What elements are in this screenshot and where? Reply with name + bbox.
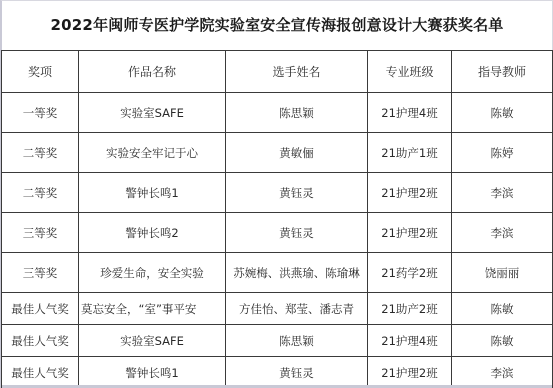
cell-award: 最佳人气奖 xyxy=(2,357,79,388)
cell-students: 黄钰灵 xyxy=(226,213,368,253)
cell-advisor: 李滨 xyxy=(452,357,553,388)
cell-advisor: 陈敏 xyxy=(452,293,553,325)
cell-students: 苏婉梅、洪燕瑜、陈瑜琳 xyxy=(226,253,368,293)
cell-award: 二等奖 xyxy=(2,173,79,213)
cell-advisor: 李滨 xyxy=(452,173,553,213)
table-header-row: 奖项 作品名称 选手姓名 专业班级 指导教师 xyxy=(2,51,553,93)
cell-award: 三等奖 xyxy=(2,253,79,293)
cell-work: 实验安全牢记于心 xyxy=(79,133,226,173)
table-row: 最佳人气奖 实验室SAFE 陈思颖 21护理4班 陈敏 xyxy=(2,325,553,357)
cell-students: 黄钰灵 xyxy=(226,173,368,213)
cell-students: 方佳怡、郑莹、潘志青 xyxy=(226,293,368,325)
header-award: 奖项 xyxy=(2,51,79,93)
cell-award: 最佳人气奖 xyxy=(2,325,79,357)
table-row: 三等奖 警钟长鸣2 黄钰灵 21护理2班 李滨 xyxy=(2,213,553,253)
cell-award: 三等奖 xyxy=(2,213,79,253)
header-advisor: 指导教师 xyxy=(452,51,553,93)
cell-work: 警钟长鸣2 xyxy=(79,213,226,253)
document-title: 2022年闽师专医护学院实验室安全宣传海报创意设计大赛获奖名单 xyxy=(2,1,552,50)
table-row: 二等奖 警钟长鸣1 黄钰灵 21护理2班 李滨 xyxy=(2,173,553,213)
award-table: 奖项 作品名称 选手姓名 专业班级 指导教师 一等奖 实验室SAFE 陈思颖 2… xyxy=(1,50,553,388)
cell-class: 21护理2班 xyxy=(368,173,452,213)
table-row: 一等奖 实验室SAFE 陈思颖 21护理4班 陈敏 xyxy=(2,93,553,133)
cell-work: 实验室SAFE xyxy=(79,325,226,357)
cell-class: 21护理2班 xyxy=(368,213,452,253)
cell-class: 21助产1班 xyxy=(368,133,452,173)
header-class: 专业班级 xyxy=(368,51,452,93)
table-row: 二等奖 实验安全牢记于心 黄敏俪 21助产1班 陈婷 xyxy=(2,133,553,173)
cell-students: 陈思颖 xyxy=(226,325,368,357)
cell-class: 21护理4班 xyxy=(368,93,452,133)
cell-advisor: 陈婷 xyxy=(452,133,553,173)
cell-class: 21护理4班 xyxy=(368,325,452,357)
cell-advisor: 饶丽丽 xyxy=(452,253,553,293)
cell-class: 21助产2班 xyxy=(368,293,452,325)
header-work-title: 作品名称 xyxy=(79,51,226,93)
cell-class: 21药学2班 xyxy=(368,253,452,293)
cell-advisor: 陈敏 xyxy=(452,325,553,357)
cell-advisor: 陈敏 xyxy=(452,93,553,133)
award-list-document: 2022年闽师专医护学院实验室安全宣传海报创意设计大赛获奖名单 奖项 作品名称 … xyxy=(0,0,553,388)
cell-work: 莫忘安全，“室”事平安 xyxy=(79,293,226,325)
table-row: 最佳人气奖 莫忘安全，“室”事平安 方佳怡、郑莹、潘志青 21助产2班 陈敏 xyxy=(2,293,553,325)
cell-award: 最佳人气奖 xyxy=(2,293,79,325)
cell-class: 21护理2班 xyxy=(368,357,452,388)
cell-students: 陈思颖 xyxy=(226,93,368,133)
cell-work: 实验室SAFE xyxy=(79,93,226,133)
table-row: 三等奖 珍爱生命，安全实验 苏婉梅、洪燕瑜、陈瑜琳 21药学2班 饶丽丽 xyxy=(2,253,553,293)
cell-work: 警钟长鸣1 xyxy=(79,357,226,388)
cell-students: 黄敏俪 xyxy=(226,133,368,173)
cell-work: 珍爱生命，安全实验 xyxy=(79,253,226,293)
cell-award: 二等奖 xyxy=(2,133,79,173)
header-student-name: 选手姓名 xyxy=(226,51,368,93)
table-row: 最佳人气奖 警钟长鸣1 黄钰灵 21护理2班 李滨 xyxy=(2,357,553,388)
cell-award: 一等奖 xyxy=(2,93,79,133)
cell-work: 警钟长鸣1 xyxy=(79,173,226,213)
cell-advisor: 李滨 xyxy=(452,213,553,253)
cell-students: 黄钰灵 xyxy=(226,357,368,388)
